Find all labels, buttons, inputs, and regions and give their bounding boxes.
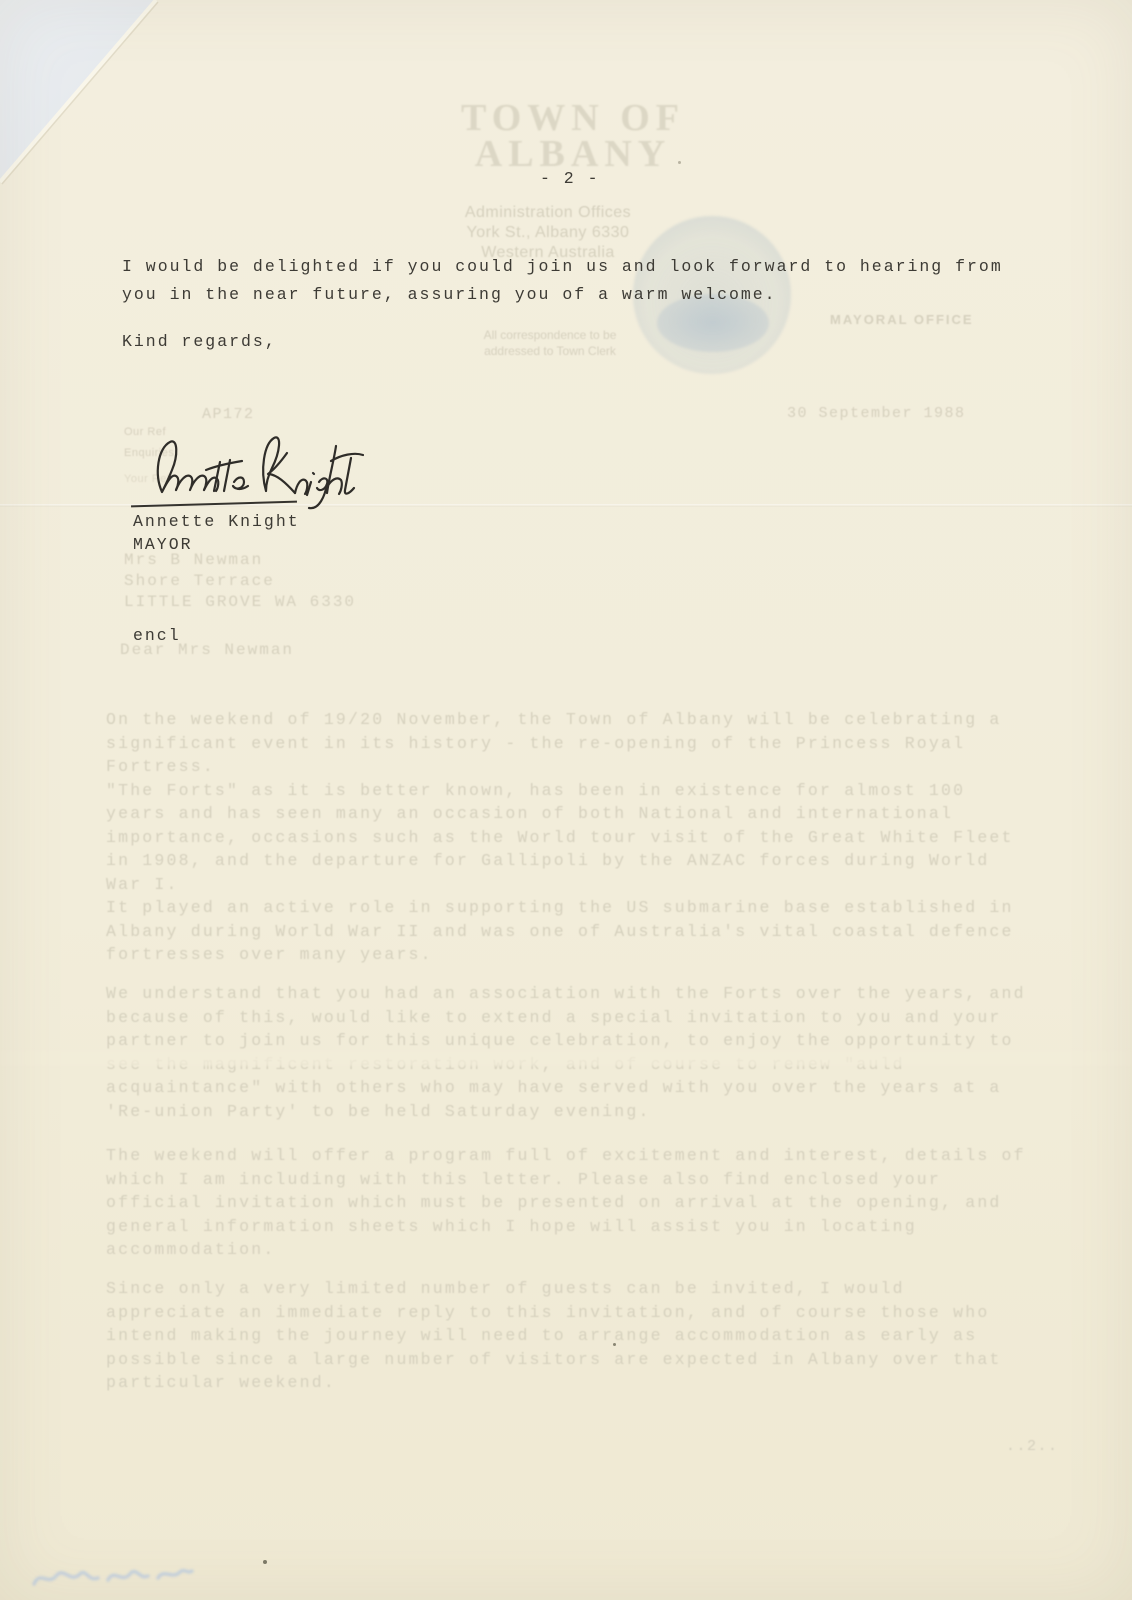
signer-name: Annette Knight (133, 512, 300, 531)
fold-crease-washout (0, 1050, 1132, 1066)
page-number: - 2 - (540, 169, 600, 188)
ghost-body-paragraph-1: On the weekend of 19/20 November, the To… (106, 708, 1086, 967)
ghost-body-paragraph-4: Since only a very limited number of gues… (106, 1277, 1086, 1395)
ghost-correspondence-note: All correspondence to be addressed to To… (420, 327, 680, 359)
letter-valediction: Kind regards, (122, 328, 277, 356)
ghost-recipient-address: Mrs B Newman Shore Terrace LITTLE GROVE … (124, 550, 356, 613)
ghost-mayoral-office-label: MAYORAL OFFICE (830, 312, 974, 327)
dust-speck (263, 1560, 267, 1564)
letter-closing-paragraph: I would be delighted if you could join u… (122, 253, 1042, 309)
dust-speck (678, 161, 681, 164)
ghost-continuation-mark: ..2.. (1006, 1438, 1059, 1455)
handwriting-squiggle-icon (28, 1558, 198, 1594)
ghost-body-paragraph-3: The weekend will offer a program full of… (106, 1144, 1086, 1262)
ghost-handwriting-mark (28, 1558, 198, 1599)
scanned-letter-page: TOWN OF ALBANY Administration Offices Yo… (0, 0, 1132, 1600)
enclosure-note: encl (133, 626, 181, 645)
dust-speck (613, 1343, 616, 1346)
corner-triangle-icon (0, 0, 162, 188)
ghost-our-ref-value: AP172 (202, 406, 255, 423)
clipped-corner-scanner-background (0, 0, 162, 193)
ghost-letterhead-title: TOWN OF ALBANY (373, 100, 773, 172)
signer-title: MAYOR (133, 535, 193, 554)
ghost-date: 30 September 1988 (787, 405, 966, 422)
